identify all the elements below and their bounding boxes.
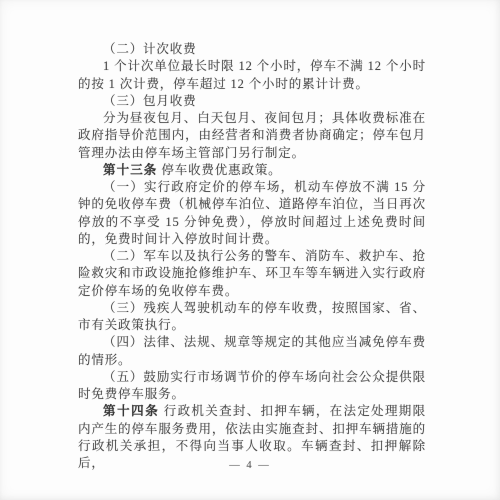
document-body: （二）计次收费 1 个计次单位最长时限 12 个小时，停车不满 12 个小时的按…	[78, 41, 426, 472]
para-clause-3: （三）残疾人驾驶机动车的停车收费，按照国家、省、市有关政策执行。	[78, 300, 426, 335]
article-14-label: 第十四条	[103, 404, 159, 418]
para-clause-5: （五）鼓励实行市场调节价的停车场向社会公众提供限时免费停车服务。	[78, 369, 426, 404]
para-item-3-body: 分为昼夜包月、白天包月、夜间包月；具体收费标准在政府指导价范围内，由经营者和消费…	[78, 110, 426, 162]
para-item-2-body: 1 个计次单位最长时限 12 个小时，停车不满 12 个小时的按 1 次计费，停…	[78, 58, 426, 93]
para-item-3-heading: （三）包月收费	[78, 93, 426, 110]
article-13-text: 停车收费优惠政策。	[157, 163, 281, 177]
para-clause-4: （四）法律、法规、规章等规定的其他应当减免停车费的情形。	[78, 334, 426, 369]
page-footer: — 4 —	[0, 460, 500, 471]
para-clause-1: （一）实行政府定价的停车场，机动车停放不满 15 分钟的免收停车费（机械停车泊位…	[78, 179, 426, 248]
article-13-label: 第十三条	[103, 163, 157, 177]
para-article-13: 第十三条 停车收费优惠政策。	[78, 162, 426, 179]
page-number: — 4 —	[229, 460, 271, 471]
para-clause-2: （二）军车以及执行公务的警车、消防车、救护车、抢险救灾和市政设施抢修维护车、环卫…	[78, 248, 426, 300]
document-page: （二）计次收费 1 个计次单位最长时限 12 个小时，停车不满 12 个小时的按…	[0, 0, 500, 500]
para-item-2-heading: （二）计次收费	[78, 41, 426, 58]
